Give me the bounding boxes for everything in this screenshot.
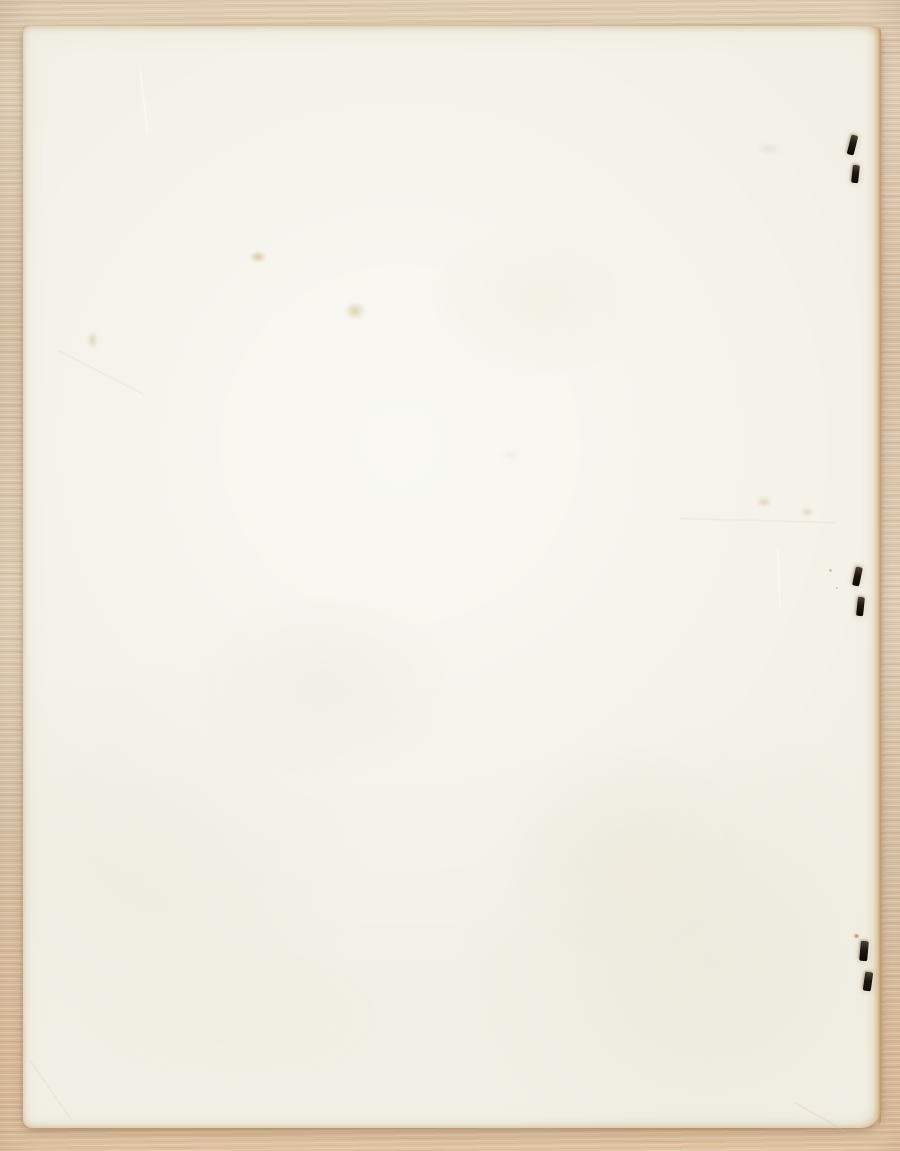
photo [0, 0, 900, 1151]
paper-sheet [23, 26, 881, 1128]
